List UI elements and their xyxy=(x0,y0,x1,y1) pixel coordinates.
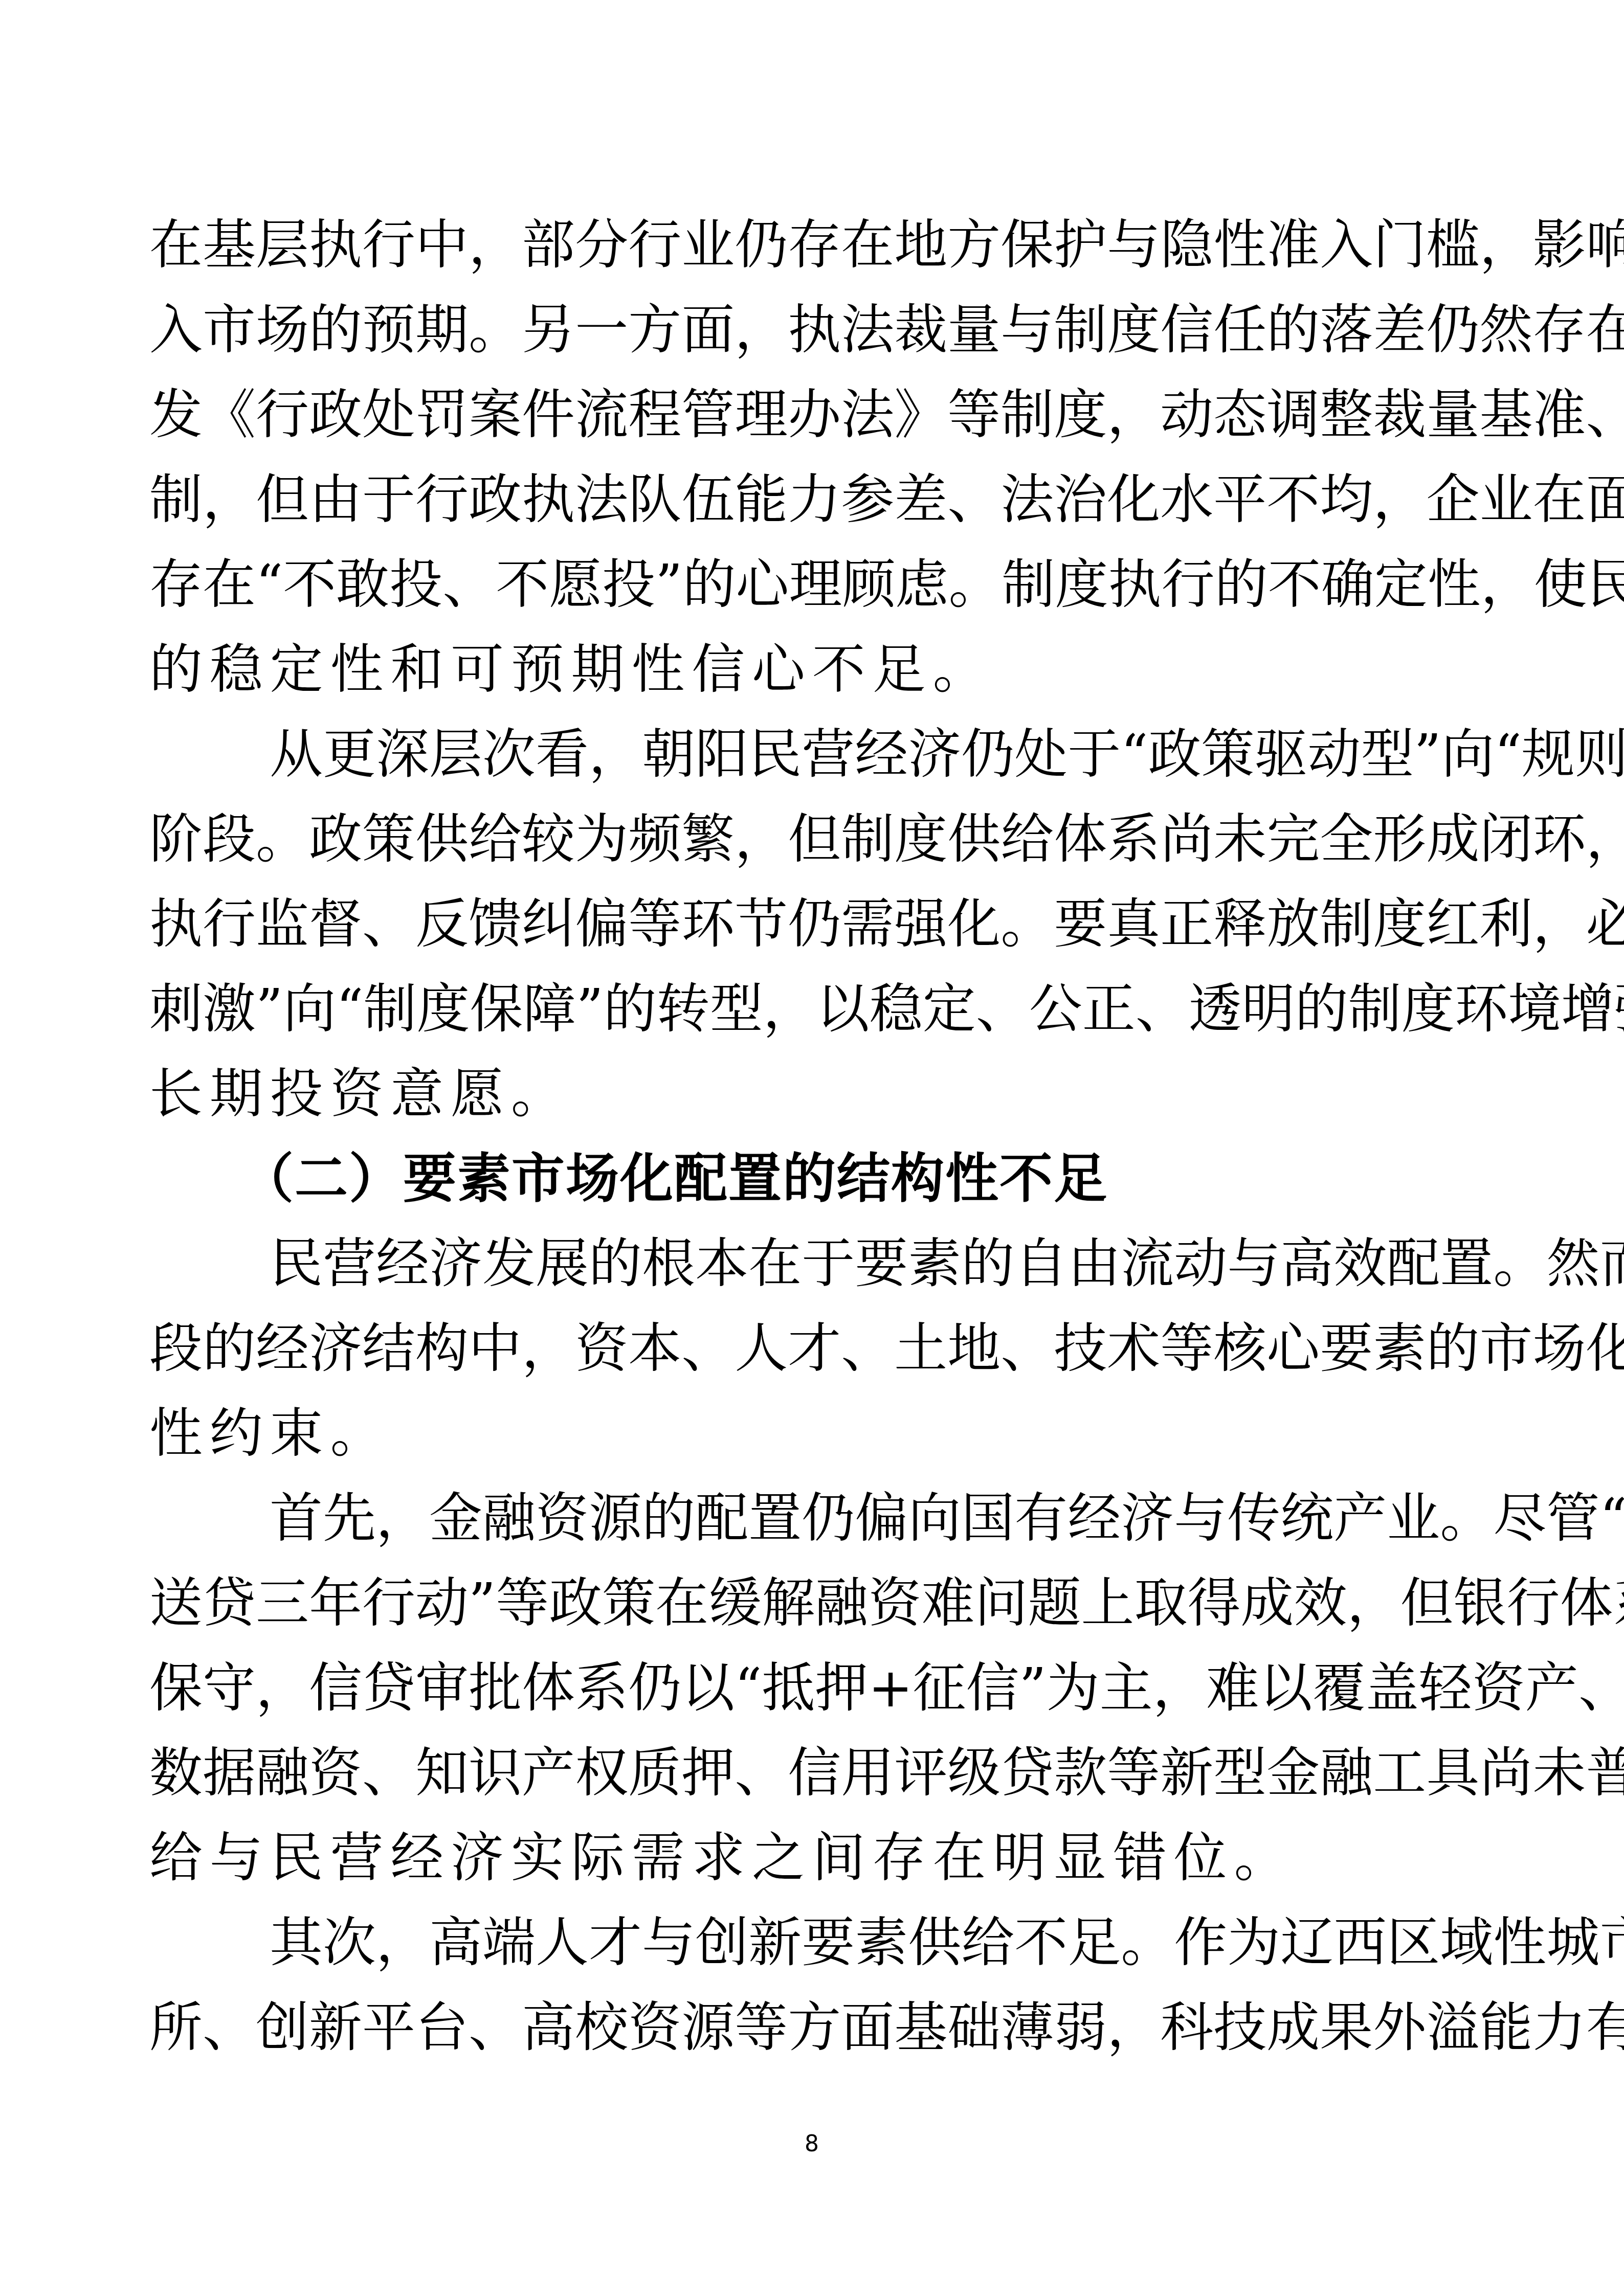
body-line: 入市场的预期。另一方面，执法裁量与制度信任的落差仍然存在。朝阳市虽已印 xyxy=(149,287,1475,372)
body-line: 性约束。 xyxy=(149,1391,1475,1476)
body-line: 制，但由于行政执法队伍能力参差、法治化水平不均，企业在面对执法检查时仍 xyxy=(149,457,1475,542)
body-line: 执行监督、反馈纠偏等环节仍需强化。要真正释放制度红利，必须实现从“政策 xyxy=(149,882,1475,966)
paragraph-first-line: 民营经济发展的根本在于要素的自由流动与高效配置。然而，在朝阳市现阶 xyxy=(270,1221,1475,1306)
body-line: 存在“不敢投、不愿投”的心理顾虑。制度执行的不确定性，使民营企业对政策 xyxy=(149,542,1475,627)
paragraph-first-line: 首先，金融资源的配置仍偏向国有经济与传统产业。尽管“信易贷”“千亿 xyxy=(270,1476,1475,1561)
body-line: 在基层执行中，部分行业仍存在地方保护与隐性准入门槛，影响民营企业公平进 xyxy=(149,202,1475,287)
body-line: 阶段。政策供给较为频繁，但制度供给体系尚未完全形成闭环，尤其在政策整合、 xyxy=(149,797,1475,882)
section-heading: （二）要素市场化配置的结构性不足 xyxy=(240,1136,1108,1221)
document-page: 在基层执行中，部分行业仍存在地方保护与隐性准入门槛，影响民营企业公平进 入市场的… xyxy=(0,0,1624,2296)
body-line: 刺激”向“制度保障”的转型，以稳定、公正、透明的制度环境增强企业预期和 xyxy=(149,966,1475,1051)
paragraph-first-line: 其次，高端人才与创新要素供给不足。作为辽西区域性城市，朝阳在科研院 xyxy=(270,1900,1475,1985)
page-number: 8 xyxy=(786,2129,837,2159)
body-line: 保守，信贷审批体系仍以“抵押+征信”为主，难以覆盖轻资产、创新型企业。 xyxy=(149,1646,1475,1730)
body-line: 给与民营经济实际需求之间存在明显错位。 xyxy=(149,1815,1475,1900)
body-line: 数据融资、知识产权质押、信用评级贷款等新型金融工具尚未普及，导致金融供 xyxy=(149,1730,1475,1815)
body-line: 送贷三年行动”等政策在缓解融资难问题上取得成效，但银行体系风险偏好依旧 xyxy=(149,1561,1475,1646)
body-line: 段的经济结构中，资本、人才、土地、技术等核心要素的市场化供给仍存在结构 xyxy=(149,1306,1475,1391)
body-line: 发《行政处罚案件流程管理办法》等制度，动态调整裁量基准、实施轻罚免罚机 xyxy=(149,372,1475,457)
body-line: 长期投资意愿。 xyxy=(149,1051,1475,1136)
body-line: 所、创新平台、高校资源等方面基础薄弱，科技成果外溢能力有限，难以形成有 xyxy=(149,1985,1475,2070)
body-line: 的稳定性和可预期性信心不足。 xyxy=(149,627,1475,712)
paragraph-first-line: 从更深层次看，朝阳民营经济仍处于“政策驱动型”向“规则导向型”过渡 xyxy=(270,712,1475,797)
